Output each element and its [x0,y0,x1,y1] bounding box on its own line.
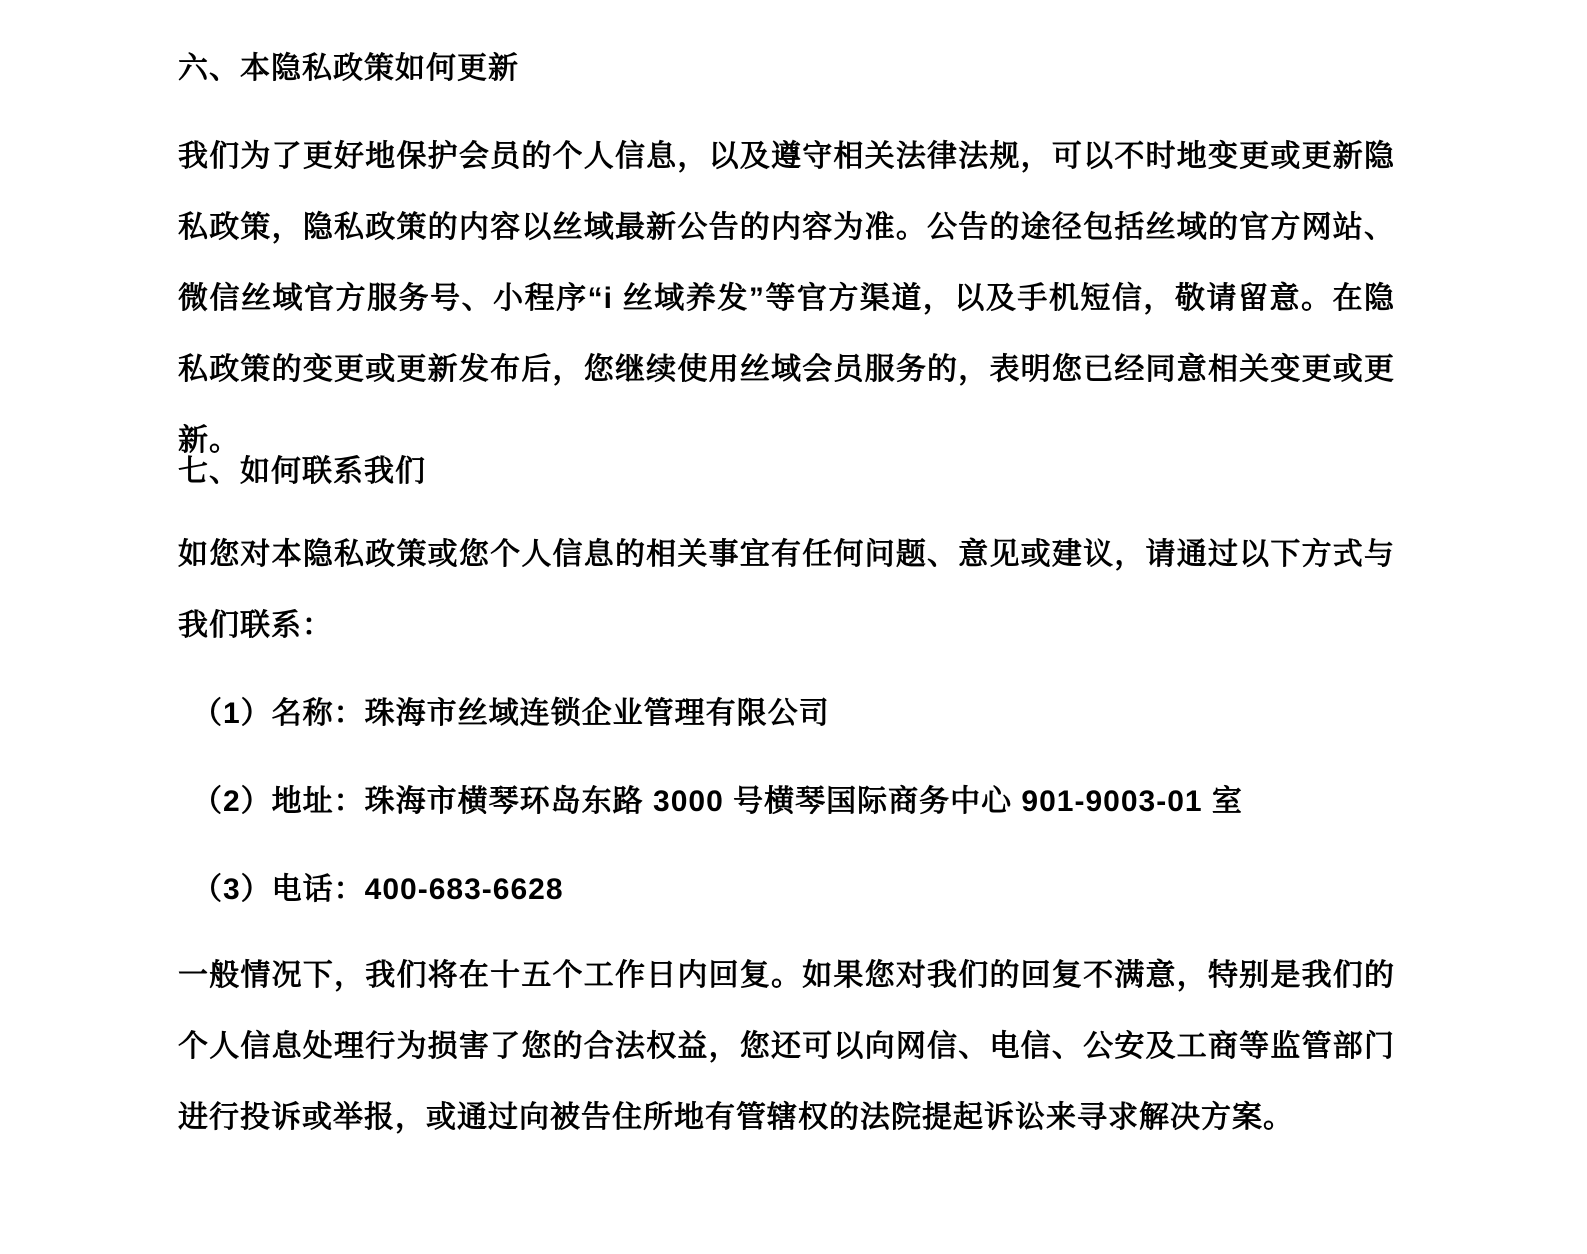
contact-item-phone: （3）电话：400-683-6628 [178,854,1395,925]
privacy-policy-page: 六、本隐私政策如何更新 我们为了更好地保护会员的个人信息，以及遵守相关法律法规，… [0,0,1587,1254]
contact-item-name: （1）名称：珠海市丝域连锁企业管理有限公司 [178,678,1395,749]
section-six-heading: 六、本隐私政策如何更新 [178,33,1395,104]
document-content: 六、本隐私政策如何更新 我们为了更好地保护会员的个人信息，以及遵守相关法律法规，… [178,33,1395,1153]
section-six-paragraph: 我们为了更好地保护会员的个人信息，以及遵守相关法律法规，可以不时地变更或更新隐私… [178,121,1395,476]
contact-item-address: （2）地址：珠海市横琴环岛东路 3000 号横琴国际商务中心 901-9003-… [178,766,1395,837]
contact-intro-paragraph: 如您对本隐私政策或您个人信息的相关事宜有任何问题、意见或建议，请通过以下方式与我… [178,519,1395,661]
section-seven-heading: 七、如何联系我们 [178,436,1395,507]
closing-paragraph: 一般情况下，我们将在十五个工作日内回复。如果您对我们的回复不满意，特别是我们的个… [178,940,1395,1153]
